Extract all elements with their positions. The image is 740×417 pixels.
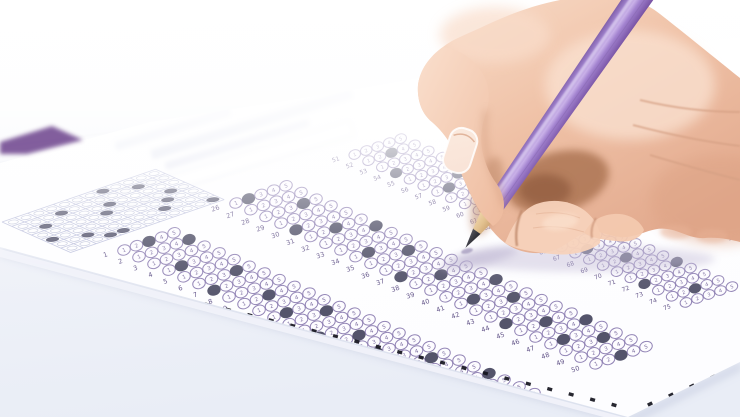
photo-scene: 1124521234312345413455123456123572345812… (0, 0, 740, 417)
ring-knuckle-shade (660, 225, 692, 239)
pinky-knuckle-shade (696, 229, 728, 243)
scene-svg: 1124521234312345413455123456123572345812… (0, 0, 740, 417)
palm-hollow-core (519, 174, 571, 206)
